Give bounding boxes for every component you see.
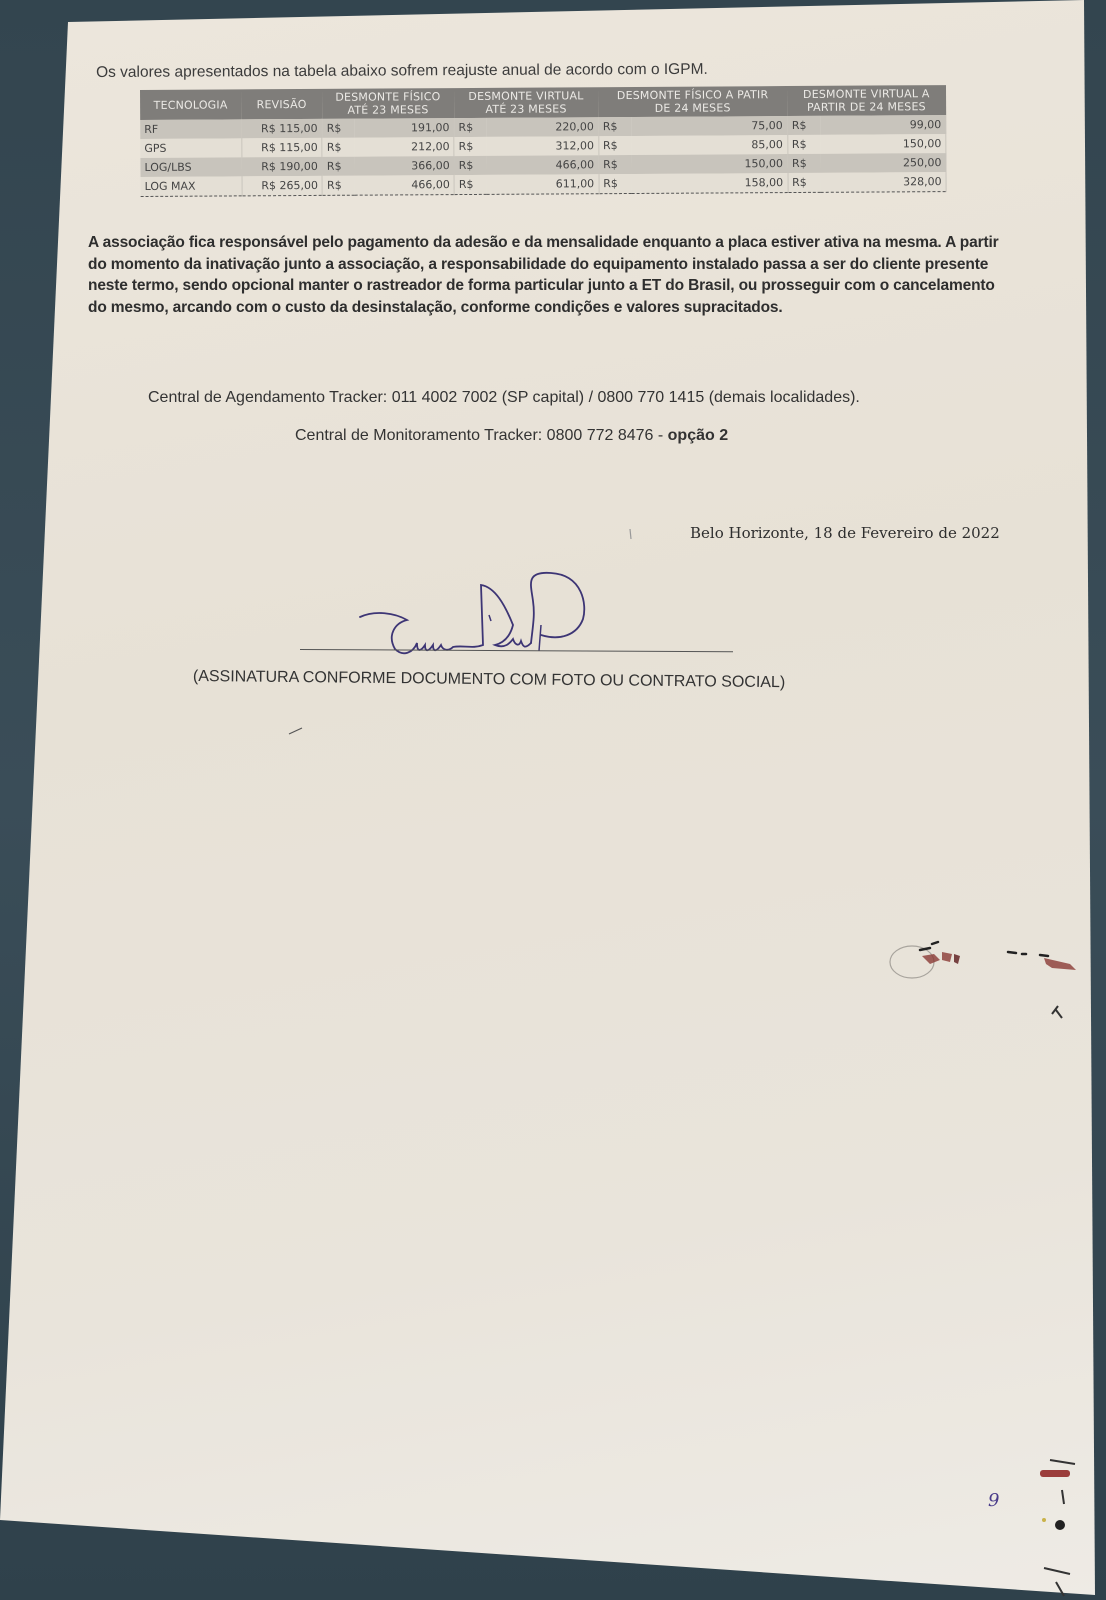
cell-tecnologia: GPS: [140, 138, 241, 158]
stain-mark: [880, 930, 1080, 1020]
cell-virtual-24: 328,00: [820, 172, 946, 192]
date-line: Belo Horizonte, 18 de Fevereiro de 2022: [690, 524, 1000, 542]
cell-revisao: R$ 115,00: [241, 119, 322, 138]
cell-fisico-24: 75,00: [631, 116, 788, 136]
signature-caption: (ASSINATURA CONFORME DOCUMENTO COM FOTO …: [193, 668, 785, 692]
cell-virtual-24: 250,00: [820, 153, 946, 173]
pen-mark: [625, 528, 635, 540]
cell-fisico-24: 85,00: [631, 135, 788, 155]
cell-fisico-24: 158,00: [631, 173, 788, 193]
contact-monitoramento-text: Central de Monitoramento Tracker: 0800 7…: [295, 427, 668, 444]
cell-virtual-23: 466,00: [487, 155, 599, 175]
header-revisao: REVISÃO: [241, 89, 322, 119]
cell-fisico-24: 150,00: [631, 154, 788, 174]
cell-virtual-23: 220,00: [486, 117, 598, 137]
cell-virtual-23: 312,00: [487, 136, 599, 156]
cell-cur: R$: [788, 173, 821, 193]
cell-virtual-23: 611,00: [487, 174, 599, 194]
cell-cur: R$: [454, 156, 487, 175]
cell-cur: R$: [322, 119, 355, 138]
cell-cur: R$: [787, 116, 820, 135]
cell-fisico-23: 366,00: [355, 156, 454, 176]
cell-virtual-24: 99,00: [820, 115, 946, 135]
table-header-row: TECNOLOGIA REVISÃO DESMONTE FÍSICOATÉ 23…: [140, 85, 946, 120]
pen-mark: [288, 726, 304, 736]
cell-cur: R$: [322, 157, 355, 176]
intro-text: Os valores apresentados na tabela abaixo…: [96, 61, 708, 82]
document-content: Os valores apresentados na tabela abaixo…: [0, 0, 1106, 1600]
cell-virtual-24: 150,00: [820, 134, 946, 154]
cell-fisico-23: 191,00: [355, 118, 454, 138]
table-body: RFR$ 115,00R$191,00R$220,00R$75,00R$99,0…: [140, 115, 946, 196]
cell-cur: R$: [322, 138, 355, 157]
cell-cur: R$: [787, 135, 820, 154]
cell-tecnologia: LOG/LBS: [140, 157, 241, 177]
cell-cur: R$: [599, 174, 632, 194]
cell-revisao: R$ 115,00: [241, 138, 322, 157]
header-virtual-24: DESMONTE VIRTUAL APARTIR DE 24 MESES: [787, 85, 946, 116]
page-number: 9: [988, 1490, 999, 1511]
contact-monitoramento: Central de Monitoramento Tracker: 0800 7…: [295, 427, 728, 445]
cell-cur: R$: [322, 176, 355, 196]
header-fisico-23: DESMONTE FÍSICOATÉ 23 MESES: [322, 88, 454, 119]
cell-cur: R$: [598, 117, 631, 136]
cell-tecnologia: RF: [140, 119, 241, 139]
cell-cur: R$: [454, 118, 487, 137]
cell-fisico-23: 212,00: [355, 137, 454, 157]
cell-cur: R$: [454, 137, 487, 156]
header-fisico-24: DESMONTE FÍSICO A PATIRDE 24 MESES: [598, 86, 787, 117]
contact-agendamento: Central de Agendamento Tracker: 011 4002…: [148, 389, 860, 407]
cell-revisao: R$ 190,00: [241, 157, 322, 176]
corner-wear-mark: [1030, 1450, 1106, 1600]
header-tecnologia: TECNOLOGIA: [140, 89, 241, 120]
contact-monitoramento-option: opção 2: [668, 427, 728, 444]
responsibility-paragraph: A associação fica responsável pelo pagam…: [88, 232, 1008, 318]
cell-revisao: R$ 265,00: [242, 176, 323, 196]
cell-fisico-23: 466,00: [355, 175, 454, 195]
cell-cur: R$: [454, 175, 487, 195]
cell-tecnologia: LOG MAX: [141, 176, 242, 196]
price-table: TECNOLOGIA REVISÃO DESMONTE FÍSICOATÉ 23…: [140, 85, 947, 197]
table-row: LOG MAXR$ 265,00R$466,00R$611,00R$158,00…: [141, 172, 947, 196]
header-virtual-23: DESMONTE VIRTUALATÉ 23 MESES: [454, 87, 598, 118]
cell-cur: R$: [598, 136, 631, 155]
cell-cur: R$: [599, 155, 632, 174]
cell-cur: R$: [787, 154, 820, 173]
